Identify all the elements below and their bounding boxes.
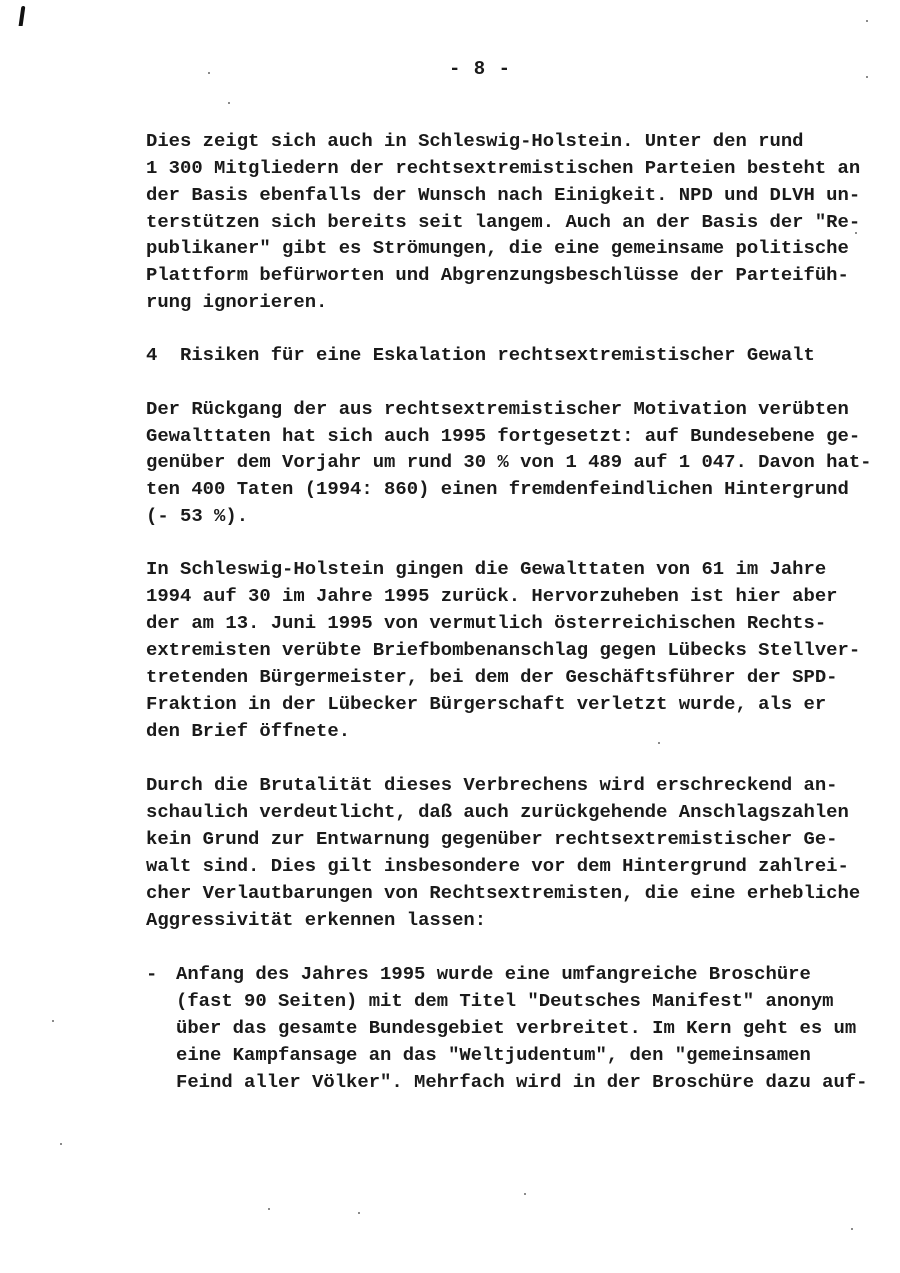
text-line: Plattform befürworten und Abgrenzungsbes… — [146, 262, 849, 289]
text-line: tretenden Bürgermeister, bei dem der Ges… — [146, 664, 838, 691]
page-number: - 8 - — [0, 58, 900, 80]
text-line: Dies zeigt sich auch in Schleswig-Holste… — [146, 128, 804, 155]
text-line: Aggressivität erkennen lassen: — [146, 907, 486, 934]
bullet-dash: - — [146, 961, 157, 988]
text-line: eine Kampfansage an das "Weltjudentum", … — [176, 1042, 811, 1069]
text-line: genüber dem Vorjahr um rund 30 % von 1 4… — [146, 449, 872, 476]
text-line: der am 13. Juni 1995 von vermutlich öste… — [146, 610, 826, 637]
text-line: 1 300 Mitgliedern der rechtsextremistisc… — [146, 155, 860, 182]
text-line: walt sind. Dies gilt insbesondere vor de… — [146, 853, 849, 880]
text-line: Anfang des Jahres 1995 wurde eine umfang… — [176, 961, 811, 988]
scanned-page: - 8 - Dies zeigt sich auch in Schleswig-… — [0, 0, 900, 1273]
text-line: Durch die Brutalität dieses Verbrechens … — [146, 772, 838, 799]
text-line: kein Grund zur Entwarnung gegenüber rech… — [146, 826, 838, 853]
text-line: publikaner" gibt es Strömungen, die eine… — [146, 235, 849, 262]
text-line: (- 53 %). — [146, 503, 248, 530]
text-line: den Brief öffnete. — [146, 718, 350, 745]
text-line: schaulich verdeutlicht, daß auch zurückg… — [146, 799, 849, 826]
text-line: terstützen sich bereits seit langem. Auc… — [146, 209, 860, 236]
scan-corner-mark — [19, 6, 26, 26]
text-line: rung ignorieren. — [146, 289, 327, 316]
text-line: Fraktion in der Lübecker Bürgerschaft ve… — [146, 691, 826, 718]
text-line: ten 400 Taten (1994: 860) einen fremdenf… — [146, 476, 849, 503]
text-line: Der Rückgang der aus rechtsextremistisch… — [146, 396, 849, 423]
section-heading: 4 Risiken für eine Eskalation rechtsextr… — [146, 342, 815, 369]
text-line: cher Verlautbarungen von Rechtsextremist… — [146, 880, 860, 907]
text-line: (fast 90 Seiten) mit dem Titel "Deutsche… — [176, 988, 834, 1015]
text-line: extremisten verübte Briefbombenanschlag … — [146, 637, 860, 664]
text-line: der Basis ebenfalls der Wunsch nach Eini… — [146, 182, 860, 209]
text-line: Gewalttaten hat sich auch 1995 fortgeset… — [146, 423, 860, 450]
text-line: 1994 auf 30 im Jahre 1995 zurück. Hervor… — [146, 583, 838, 610]
text-line: Feind aller Völker". Mehrfach wird in de… — [176, 1069, 868, 1096]
text-line: über das gesamte Bundesgebiet verbreitet… — [176, 1015, 856, 1042]
text-line: In Schleswig-Holstein gingen die Gewaltt… — [146, 556, 826, 583]
